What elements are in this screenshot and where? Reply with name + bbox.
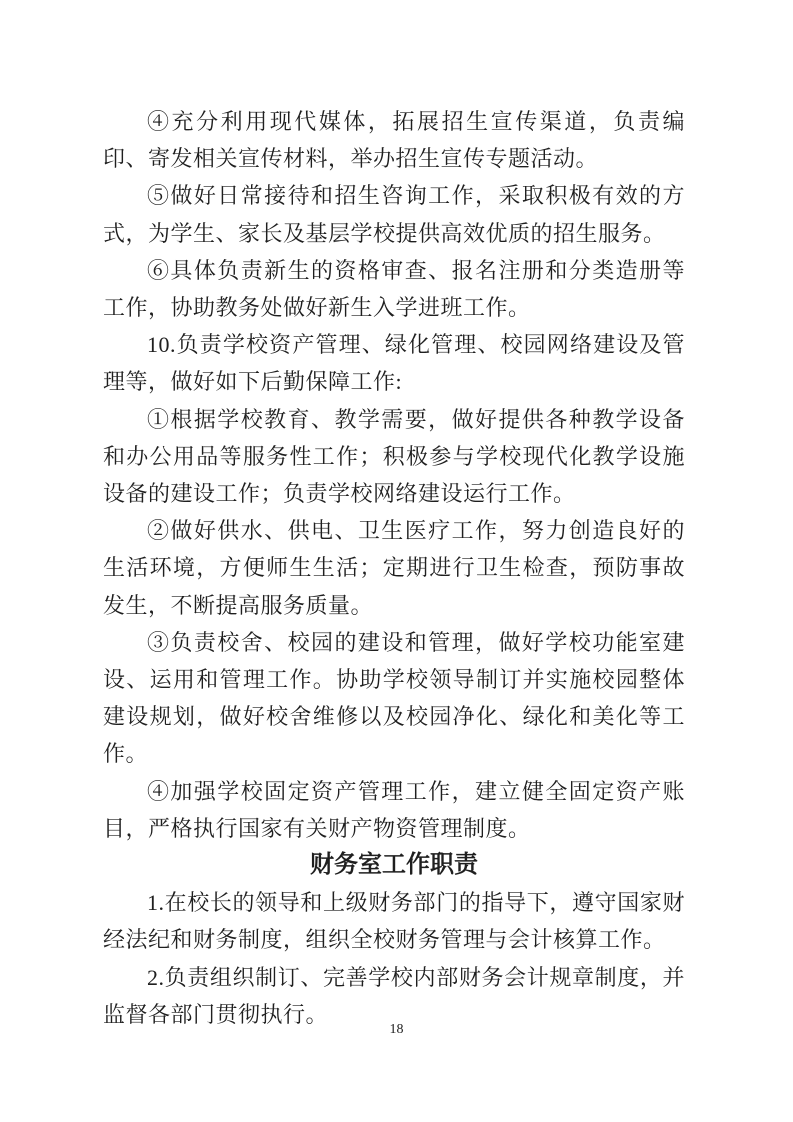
document-body: ④充分利用现代媒体，拓展招生宣传渠道，负责编印、寄发相关宣传材料，举办招生宣传专… <box>103 103 685 1033</box>
paragraph-sub4-fixed-assets: ④加强学校固定资产管理工作，建立健全固定资产账目，严格执行国家有关财产物资管理制… <box>103 773 685 847</box>
paragraph-sub2-utilities: ②做好供水、供电、卫生医疗工作，努力创造良好的生活环境，方便师生生活；定期进行卫… <box>103 512 685 624</box>
paragraph-item5-reception: ⑤做好日常接待和招生咨询工作，采取积极有效的方式，为学生、家长及基层学校提供高效… <box>103 177 685 251</box>
paragraph-item6-registration: ⑥具体负责新生的资格审查、报名注册和分类造册等工作，协助教务处做好新生入学进班工… <box>103 252 685 326</box>
paragraph-sub3-campus: ③负责校舍、校园的建设和管理，做好学校功能室建设、运用和管理工作。协助学校领导制… <box>103 624 685 773</box>
section-heading-finance-office: 财务室工作职责 <box>103 847 685 884</box>
paragraph-sub1-equipment: ①根据学校教育、教学需要，做好提供各种教学设备和办公用品等服务性工作；积极参与学… <box>103 401 685 513</box>
paragraph-finance-1: 1.在校长的领导和上级财务部门的指导下，遵守国家财经法纪和财务制度，组织全校财务… <box>103 884 685 958</box>
paragraph-item10-assets: 10.负责学校资产管理、绿化管理、校园网络建设及管理等，做好如下后勤保障工作: <box>103 326 685 400</box>
paragraph-item4-media: ④充分利用现代媒体，拓展招生宣传渠道，负责编印、寄发相关宣传材料，举办招生宣传专… <box>103 103 685 177</box>
document-page: ④充分利用现代媒体，拓展招生宣传渠道，负责编印、寄发相关宣传材料，举办招生宣传专… <box>0 0 793 1122</box>
page-number: 18 <box>0 1022 793 1038</box>
